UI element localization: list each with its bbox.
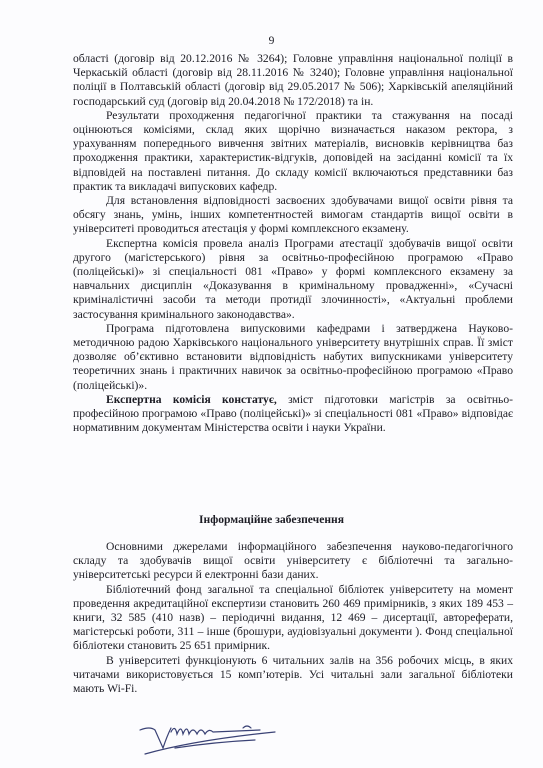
- conclusion-bold-lead: Експертна комісія констатує,: [106, 393, 277, 406]
- section-title: Інформаційне забезпечення: [0, 513, 543, 526]
- paragraph-conclusion: Експертна комісія констатує, зміст підго…: [73, 393, 513, 436]
- paragraph-reading-rooms: В університеті функціонують 6 читальних …: [73, 654, 513, 697]
- page-number: 9: [0, 35, 543, 47]
- paragraph-practice-results: Результати проходження педагогічної прак…: [73, 109, 513, 194]
- document-page: 9 області (договір від 20.12.2016 № 3264…: [0, 0, 543, 768]
- document-body: області (договір від 20.12.2016 № 3264);…: [73, 52, 513, 435]
- signature-icon: [135, 718, 295, 758]
- paragraph-program: Програма підготовлена випусковими кафедр…: [73, 322, 513, 393]
- section-body: Основними джерелами інформаційного забез…: [73, 540, 513, 696]
- paragraph-info-sources: Основними джерелами інформаційного забез…: [73, 540, 513, 583]
- paragraph-attestation: Для встановлення відповідності засвоєних…: [73, 194, 513, 237]
- paragraph-partners: області (договір від 20.12.2016 № 3264);…: [73, 52, 513, 109]
- paragraph-library-fund: Бібліотечний фонд загальної та спеціальн…: [73, 583, 513, 654]
- paragraph-expert-analysis: Експертна комісія провела аналіз Програм…: [73, 237, 513, 322]
